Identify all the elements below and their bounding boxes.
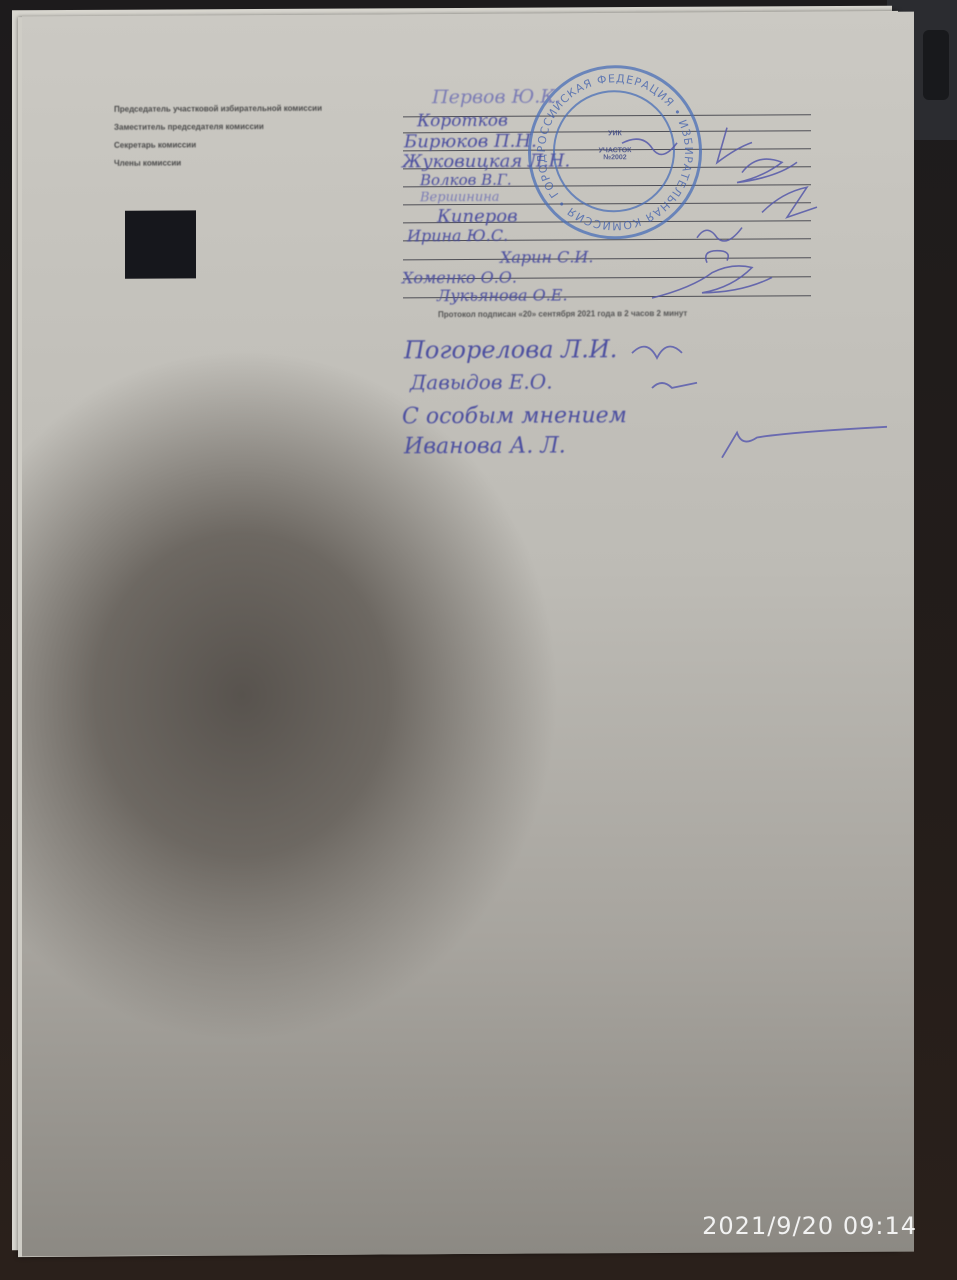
label-deputy: Заместитель председателя комиссии [114,122,264,132]
signature-name: Лукьянова О.Е. [437,285,568,305]
signature-name: Первов Ю.К. [432,86,561,109]
label-secretary: Секретарь комиссии [114,140,196,149]
document-page: Председатель участковой избирательной ко… [22,12,914,1257]
label-chairman: Председатель участковой избирательной ко… [114,104,322,114]
extra-signature-name: Погорелова Л.И. [404,335,617,364]
signature-name: Харин С.И. [500,247,593,266]
signature-name: Хоменко О.О. [402,268,517,288]
handwritten-signatures-icon [612,102,842,323]
key [923,30,949,100]
qr-code [125,210,196,278]
signature-name: Коротков [417,111,508,131]
extra-signature-name: Иванова А. Л. [404,433,566,459]
photo-timestamp: 2021/9/20 09:14 [702,1212,917,1240]
extra-signatures-icon [612,332,892,463]
signature-name: Ирина Ю.С. [407,226,508,246]
signature-name: Жуковицкая Л.Н. [402,150,570,172]
signature-name: Волков В.Г. [420,171,512,189]
signature-name: Вершинина [420,190,500,205]
signature-name: Бирюков П.Н. [404,131,537,153]
protocol-signed-line: Протокол подписан «20» сентября 2021 год… [438,309,687,319]
extra-signature-name: С особым мнением [402,403,627,429]
signature-name: Киперов [437,206,518,227]
label-members: Члены комиссии [114,159,181,168]
extra-signature-name: Давыдов Е.О. [410,370,553,395]
